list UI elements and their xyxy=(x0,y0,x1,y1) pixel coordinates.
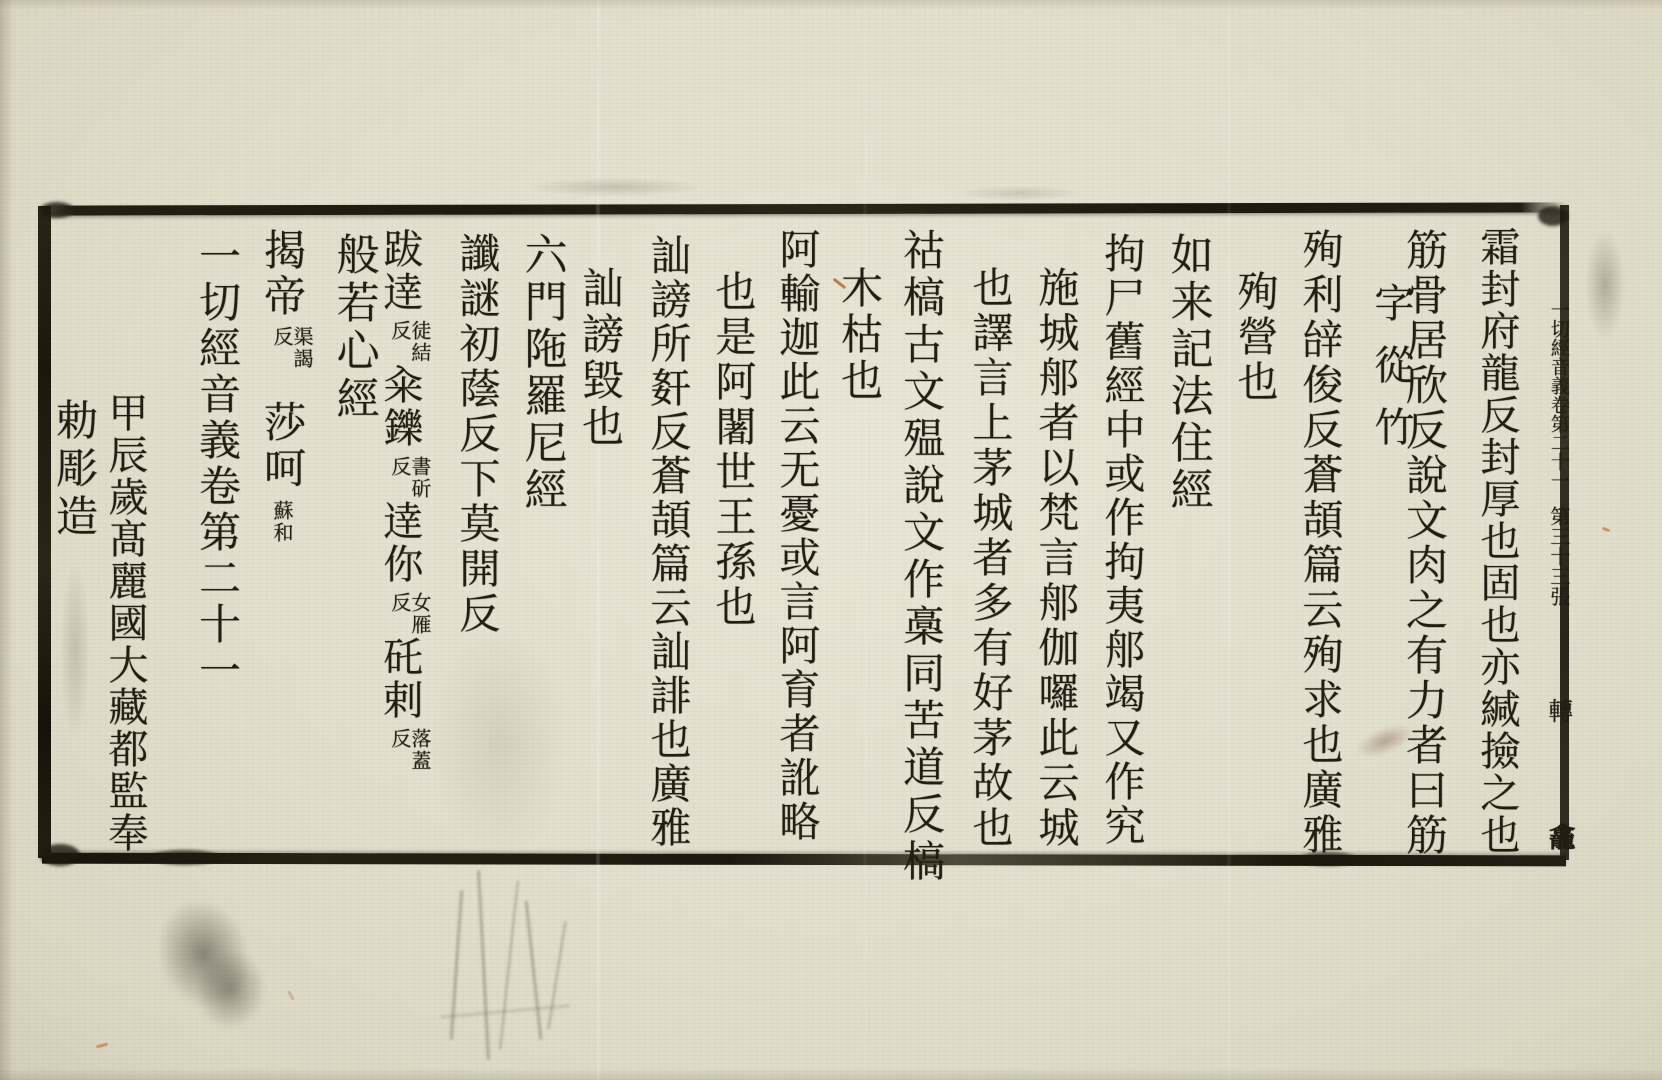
text-column-entry-jiedi: 揭帝渠謁反莎呵蘇和 xyxy=(260,228,312,544)
glyph-run: 讖謎初蔭反下莫開反 xyxy=(452,232,500,637)
glyph-run: 殉營也 xyxy=(1230,270,1278,405)
glyph-run: 祜槁古文殟說文作槀同苦道反槁 xyxy=(897,228,946,886)
glyph-run: 矺剌 xyxy=(377,636,423,722)
text-column-entry-jushi: 拘尸舊經中或作拘夷郍竭又作究 xyxy=(1100,232,1143,848)
glyph-run: 訕謗所姧反蒼頡篇云訕誹也廣雅 xyxy=(643,234,691,850)
frame-border-left xyxy=(38,206,51,858)
glyph-run: 也是阿闍世王孫也 xyxy=(708,270,756,630)
fanqie-left: 反 xyxy=(390,320,410,364)
fanqie-right: 渠謁 xyxy=(292,326,312,370)
text-column-title-banruo-xinjing: 般若心經 xyxy=(332,232,377,424)
frame-border-blotch xyxy=(150,850,220,865)
fanqie-note: 落蓋反 xyxy=(390,722,430,772)
fiber-speck xyxy=(1602,527,1611,533)
paper-crease xyxy=(597,0,599,1080)
glyph-run: 阿輸迦此云无憂或言阿育者訛略 xyxy=(772,228,820,844)
text-column-entry-shicheng-cont: 也譯言上茅城者多有好茅故也 xyxy=(968,266,1011,851)
text-column-entry-ashuka: 阿輸迦此云无憂或言阿育者訛略 xyxy=(775,228,818,844)
glyph-run: 轉 xyxy=(1545,606,1574,723)
ghost-handwriting xyxy=(499,880,519,1049)
paper-sheet: 一切經音義卷第二十一第三十三張轉龕霜封府龍反封厚也固也亦緘撿之也筋骨居欣反說文肉… xyxy=(0,0,1662,1080)
setoff-smudge xyxy=(960,186,1080,200)
glyph-run: 第三十三張 xyxy=(1547,490,1571,606)
paper-edge-shade xyxy=(0,1068,1662,1080)
frame-corner-blotch xyxy=(1538,206,1568,226)
text-column-title-rulai-ji-fazhu-jing: 如来記法住經 xyxy=(1166,232,1211,514)
glyph-run: 施城郍者以梵言郍伽囉此云城 xyxy=(1031,266,1079,851)
frame-corner-blotch xyxy=(40,844,80,866)
fanqie-note: 蘇和 xyxy=(272,492,292,544)
glyph-run: 拘尸舊經中或作拘夷郍竭又作究 xyxy=(1097,232,1145,848)
text-column-entry-dharani: 跋逹徒結反籴鑠書斫反逹你女雁反矺剌落蓋反 xyxy=(378,228,430,772)
glyph-run: 逹你 xyxy=(377,500,423,586)
ghost-handwriting xyxy=(477,870,490,1060)
margin-smudge xyxy=(60,560,90,740)
glyph-run: 訕謗毀也 xyxy=(576,266,625,450)
frame-corner-blotch xyxy=(40,202,74,218)
fiber-speck xyxy=(287,990,295,1000)
glyph-run: 一切經音義卷第二十一 xyxy=(193,234,242,694)
glyph-run: 也譯言上茅城者多有好茅故也 xyxy=(965,266,1013,851)
faint-stain xyxy=(430,620,570,860)
ink-smudge xyxy=(188,944,273,1037)
glyph-run: 六門陁羅尼經 xyxy=(518,232,568,514)
text-column-entry-xunli: 殉利辝俊反蒼頡篇云殉求也廣雅 xyxy=(1298,228,1341,858)
fanqie-right: 徒結 xyxy=(410,320,430,364)
fanqie-left: 反 xyxy=(390,728,410,772)
fanqie-right: 蘇和 xyxy=(272,500,292,544)
fanqie-note: 書斫反 xyxy=(390,450,430,500)
paper-edge-shade xyxy=(0,0,1662,10)
glyph-run: 霜封府龍反封厚也固也亦緘撿之也 xyxy=(1474,226,1520,856)
glyph-run: 般若心經 xyxy=(330,232,380,424)
ghost-handwriting xyxy=(547,921,566,1030)
fanqie-left: 反 xyxy=(272,326,292,370)
glyph-run: 殉利辝俊反蒼頡篇云殉求也廣雅 xyxy=(1295,228,1343,858)
glyph-run: 字從竹 xyxy=(1368,282,1414,468)
text-column-entry-chenmi: 讖謎初蔭反下莫開反 xyxy=(455,232,498,637)
fanqie-note: 徒結反 xyxy=(390,314,430,364)
text-column-title-liumen-tuoluoni-jing: 六門陁羅尼經 xyxy=(520,232,565,514)
paper-crease xyxy=(1228,0,1230,1080)
paper-crease xyxy=(864,0,866,1080)
text-column-colophon-line-2: 勅彫造 xyxy=(52,398,96,542)
paper-edge-shade xyxy=(0,0,14,1080)
glyph-run: 勅彫造 xyxy=(50,398,99,542)
fanqie-left: 反 xyxy=(390,592,410,636)
fanqie-note: 女雁反 xyxy=(390,586,430,636)
glyph-run: 跋逹 xyxy=(377,228,423,314)
glyph-run: 莎呵 xyxy=(258,370,307,492)
glyph-run: 甲辰歲髙麗國大藏都監奉 xyxy=(102,392,148,854)
glyph-run: 龕 xyxy=(1544,723,1575,850)
fanqie-left: 反 xyxy=(390,456,410,500)
text-column-entry-jingu-cont: 字從竹 xyxy=(1369,282,1411,468)
glyph-run: 如来記法住經 xyxy=(1164,232,1214,514)
text-column-entry-ashuka-cont: 也是阿闍世王孫也 xyxy=(711,270,754,630)
text-column-entry-shanbang: 訕謗所姧反蒼頡篇云訕誹也廣雅 xyxy=(646,234,689,850)
text-column-colophon-line-1: 甲辰歲髙麗國大藏都監奉 xyxy=(103,392,145,854)
ink-smudge xyxy=(143,887,265,1022)
text-column-entry-shanbang-cont: 訕謗毀也 xyxy=(578,266,622,450)
glyph-run: 籴鑠 xyxy=(377,364,423,450)
fiber-speck xyxy=(96,1042,108,1048)
text-column-entry-shuangfeng: 霜封府龍反封厚也固也亦緘撿之也 xyxy=(1475,226,1517,856)
text-column-margin-note: 一切經音義卷第二十一第三十三張轉龕 xyxy=(1545,300,1573,850)
text-column-end-title: 一切經音義卷第二十一 xyxy=(195,234,239,694)
fanqie-note: 渠謁反 xyxy=(272,320,312,370)
fanqie-right: 女雁 xyxy=(410,592,430,636)
fanqie-right: 落蓋 xyxy=(410,728,430,772)
glyph-run: 揭帝 xyxy=(258,228,307,320)
text-column-entry-shicheng: 施城郍者以梵言郍伽囉此云城 xyxy=(1034,266,1077,851)
frame-border-top xyxy=(44,202,1566,215)
text-column-entry-kugao: 祜槁古文殟說文作槀同苦道反槁 xyxy=(899,228,943,886)
setoff-smudge xyxy=(530,178,700,196)
fanqie-right: 書斫 xyxy=(410,456,430,500)
glyph-run: 一切經音義卷第二十一 xyxy=(1548,300,1570,490)
ghost-handwriting xyxy=(525,900,543,1040)
text-column-entry-xunli-cont: 殉營也 xyxy=(1233,270,1276,405)
margin-speckles xyxy=(1585,230,1625,340)
